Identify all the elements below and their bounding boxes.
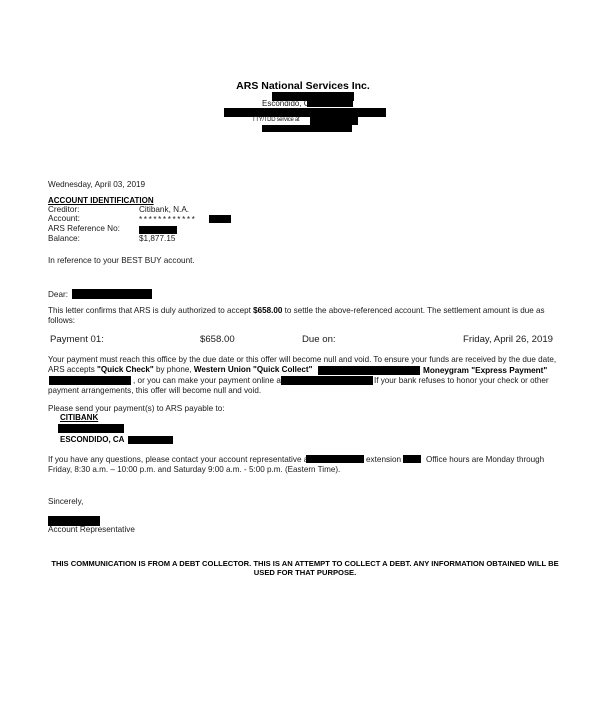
balance-label: Balance: bbox=[48, 234, 80, 244]
redacted-account-digits bbox=[209, 215, 231, 223]
redacted-hours-line bbox=[262, 125, 352, 132]
creditor-value: Citibank, N.A. bbox=[139, 205, 189, 215]
salutation: Dear: bbox=[48, 290, 68, 300]
payee-city: ESCONDIDO, CA bbox=[60, 435, 124, 444]
redacted-phone-line bbox=[224, 108, 386, 117]
letter-date: Wednesday, April 03, 2019 bbox=[48, 180, 145, 190]
settlement-paragraph: This letter confirms that ARS is duly au… bbox=[48, 306, 558, 325]
redacted-tty-number bbox=[310, 117, 358, 125]
bank-refusal-paragraph: If your bank refuses to honor your check… bbox=[48, 376, 558, 395]
redacted-payee-address bbox=[58, 424, 124, 433]
account-label: Account: bbox=[48, 214, 80, 224]
account-identification-title: ACCOUNT IDENTIFICATION bbox=[48, 196, 154, 205]
settlement-text-pre: This letter confirms that ARS is duly au… bbox=[48, 306, 253, 315]
payment-due-label: Due on: bbox=[302, 334, 336, 345]
signature-title: Account Representative bbox=[48, 525, 135, 535]
redacted-western-union-code bbox=[318, 366, 420, 375]
redacted-reference-number bbox=[139, 226, 177, 234]
instructions-text-2: by phone, bbox=[154, 365, 194, 374]
quick-check-text: "Quick Check" bbox=[97, 365, 154, 374]
office-hours-text: Office hours are Monday through Friday, … bbox=[48, 455, 548, 474]
payment-amount: $658.00 bbox=[200, 334, 235, 345]
payment-label: Payment 01: bbox=[50, 334, 104, 345]
payment-due-date: Friday, April 26, 2019 bbox=[463, 334, 553, 345]
western-union-text: Western Union "Quick Collect" bbox=[194, 365, 313, 374]
reference-line: In reference to your BEST BUY account. bbox=[48, 256, 195, 266]
moneygram-text: Moneygram "Express Payment" bbox=[423, 366, 547, 376]
settlement-amount: $658.00 bbox=[253, 306, 282, 315]
closing: Sincerely, bbox=[48, 497, 83, 507]
redacted-zip bbox=[307, 98, 353, 107]
company-name: ARS National Services Inc. bbox=[0, 80, 606, 92]
balance-value: $1,877.15 bbox=[139, 234, 175, 244]
redacted-payee-zip bbox=[128, 436, 173, 444]
reference-label: ARS Reference No: bbox=[48, 224, 120, 234]
payee-name: CITIBANK bbox=[60, 413, 98, 422]
account-value: ************ bbox=[139, 215, 196, 225]
debt-collector-disclaimer: THIS COMMUNICATION IS FROM A DEBT COLLEC… bbox=[40, 559, 570, 578]
redacted-recipient-name bbox=[72, 289, 152, 299]
letterhead-tty: TTY/TDD service at bbox=[252, 117, 299, 123]
